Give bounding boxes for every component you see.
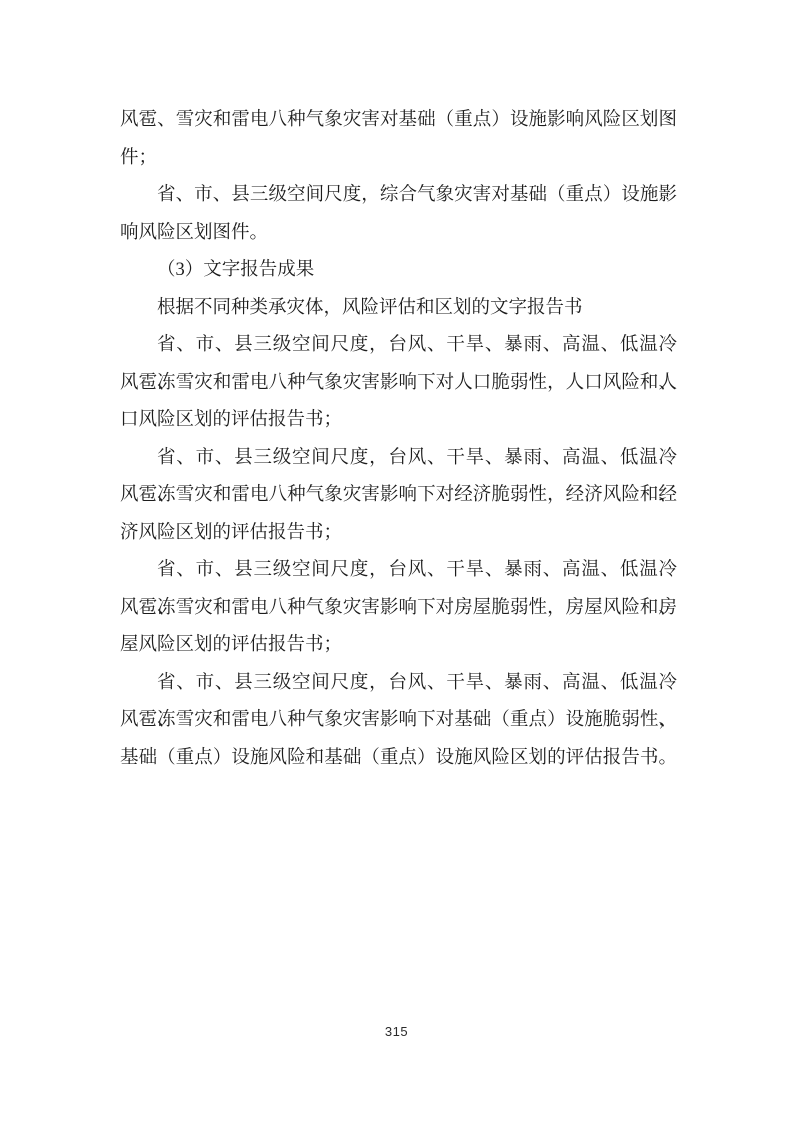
text-line: 风雹、雪灾和雷电八种气象灾害影响下对房屋脆弱性，房屋风险和房	[120, 590, 677, 628]
text-line: 响风险区划图件。	[120, 215, 677, 253]
text-line: 济风险区划的评估报告书；	[120, 515, 677, 553]
text-line: 省、市、县三级空间尺度，台风、干旱、暴雨、高温、低温冷冻、	[120, 552, 677, 590]
text-line: （3）文字报告成果	[120, 252, 677, 290]
text-line: 省、市、县三级空间尺度，综合气象灾害对基础（重点）设施影	[120, 177, 677, 215]
text-line: 口风险区划的评估报告书；	[120, 402, 677, 440]
text-line: 省、市、县三级空间尺度，台风、干旱、暴雨、高温、低温冷冻、	[120, 327, 677, 365]
text-line: 风雹、雪灾和雷电八种气象灾害影响下对经济脆弱性，经济风险和经	[120, 477, 677, 515]
document-page: 风雹、雪灾和雷电八种气象灾害对基础（重点）设施影响风险区划图件；省、市、县三级空…	[0, 0, 793, 1122]
text-line: 风雹、雪灾和雷电八种气象灾害影响下对人口脆弱性，人口风险和人	[120, 365, 677, 403]
text-line: 省、市、县三级空间尺度，台风、干旱、暴雨、高温、低温冷冻、	[120, 665, 677, 703]
text-line: 基础（重点）设施风险和基础（重点）设施风险区划的评估报告书。	[120, 740, 677, 778]
text-line: 风雹、雪灾和雷电八种气象灾害对基础（重点）设施影响风险区划图	[120, 102, 677, 140]
page-number: 315	[0, 1024, 793, 1039]
text-line: 件；	[120, 140, 677, 178]
text-line: 省、市、县三级空间尺度，台风、干旱、暴雨、高温、低温冷冻、	[120, 440, 677, 478]
text-block: 风雹、雪灾和雷电八种气象灾害对基础（重点）设施影响风险区划图件；省、市、县三级空…	[120, 102, 677, 777]
text-line: 根据不同种类承灾体，风险评估和区划的文字报告书	[120, 290, 677, 328]
text-line: 风雹、雪灾和雷电八种气象灾害影响下对基础（重点）设施脆弱性，	[120, 702, 677, 740]
text-line: 屋风险区划的评估报告书；	[120, 627, 677, 665]
